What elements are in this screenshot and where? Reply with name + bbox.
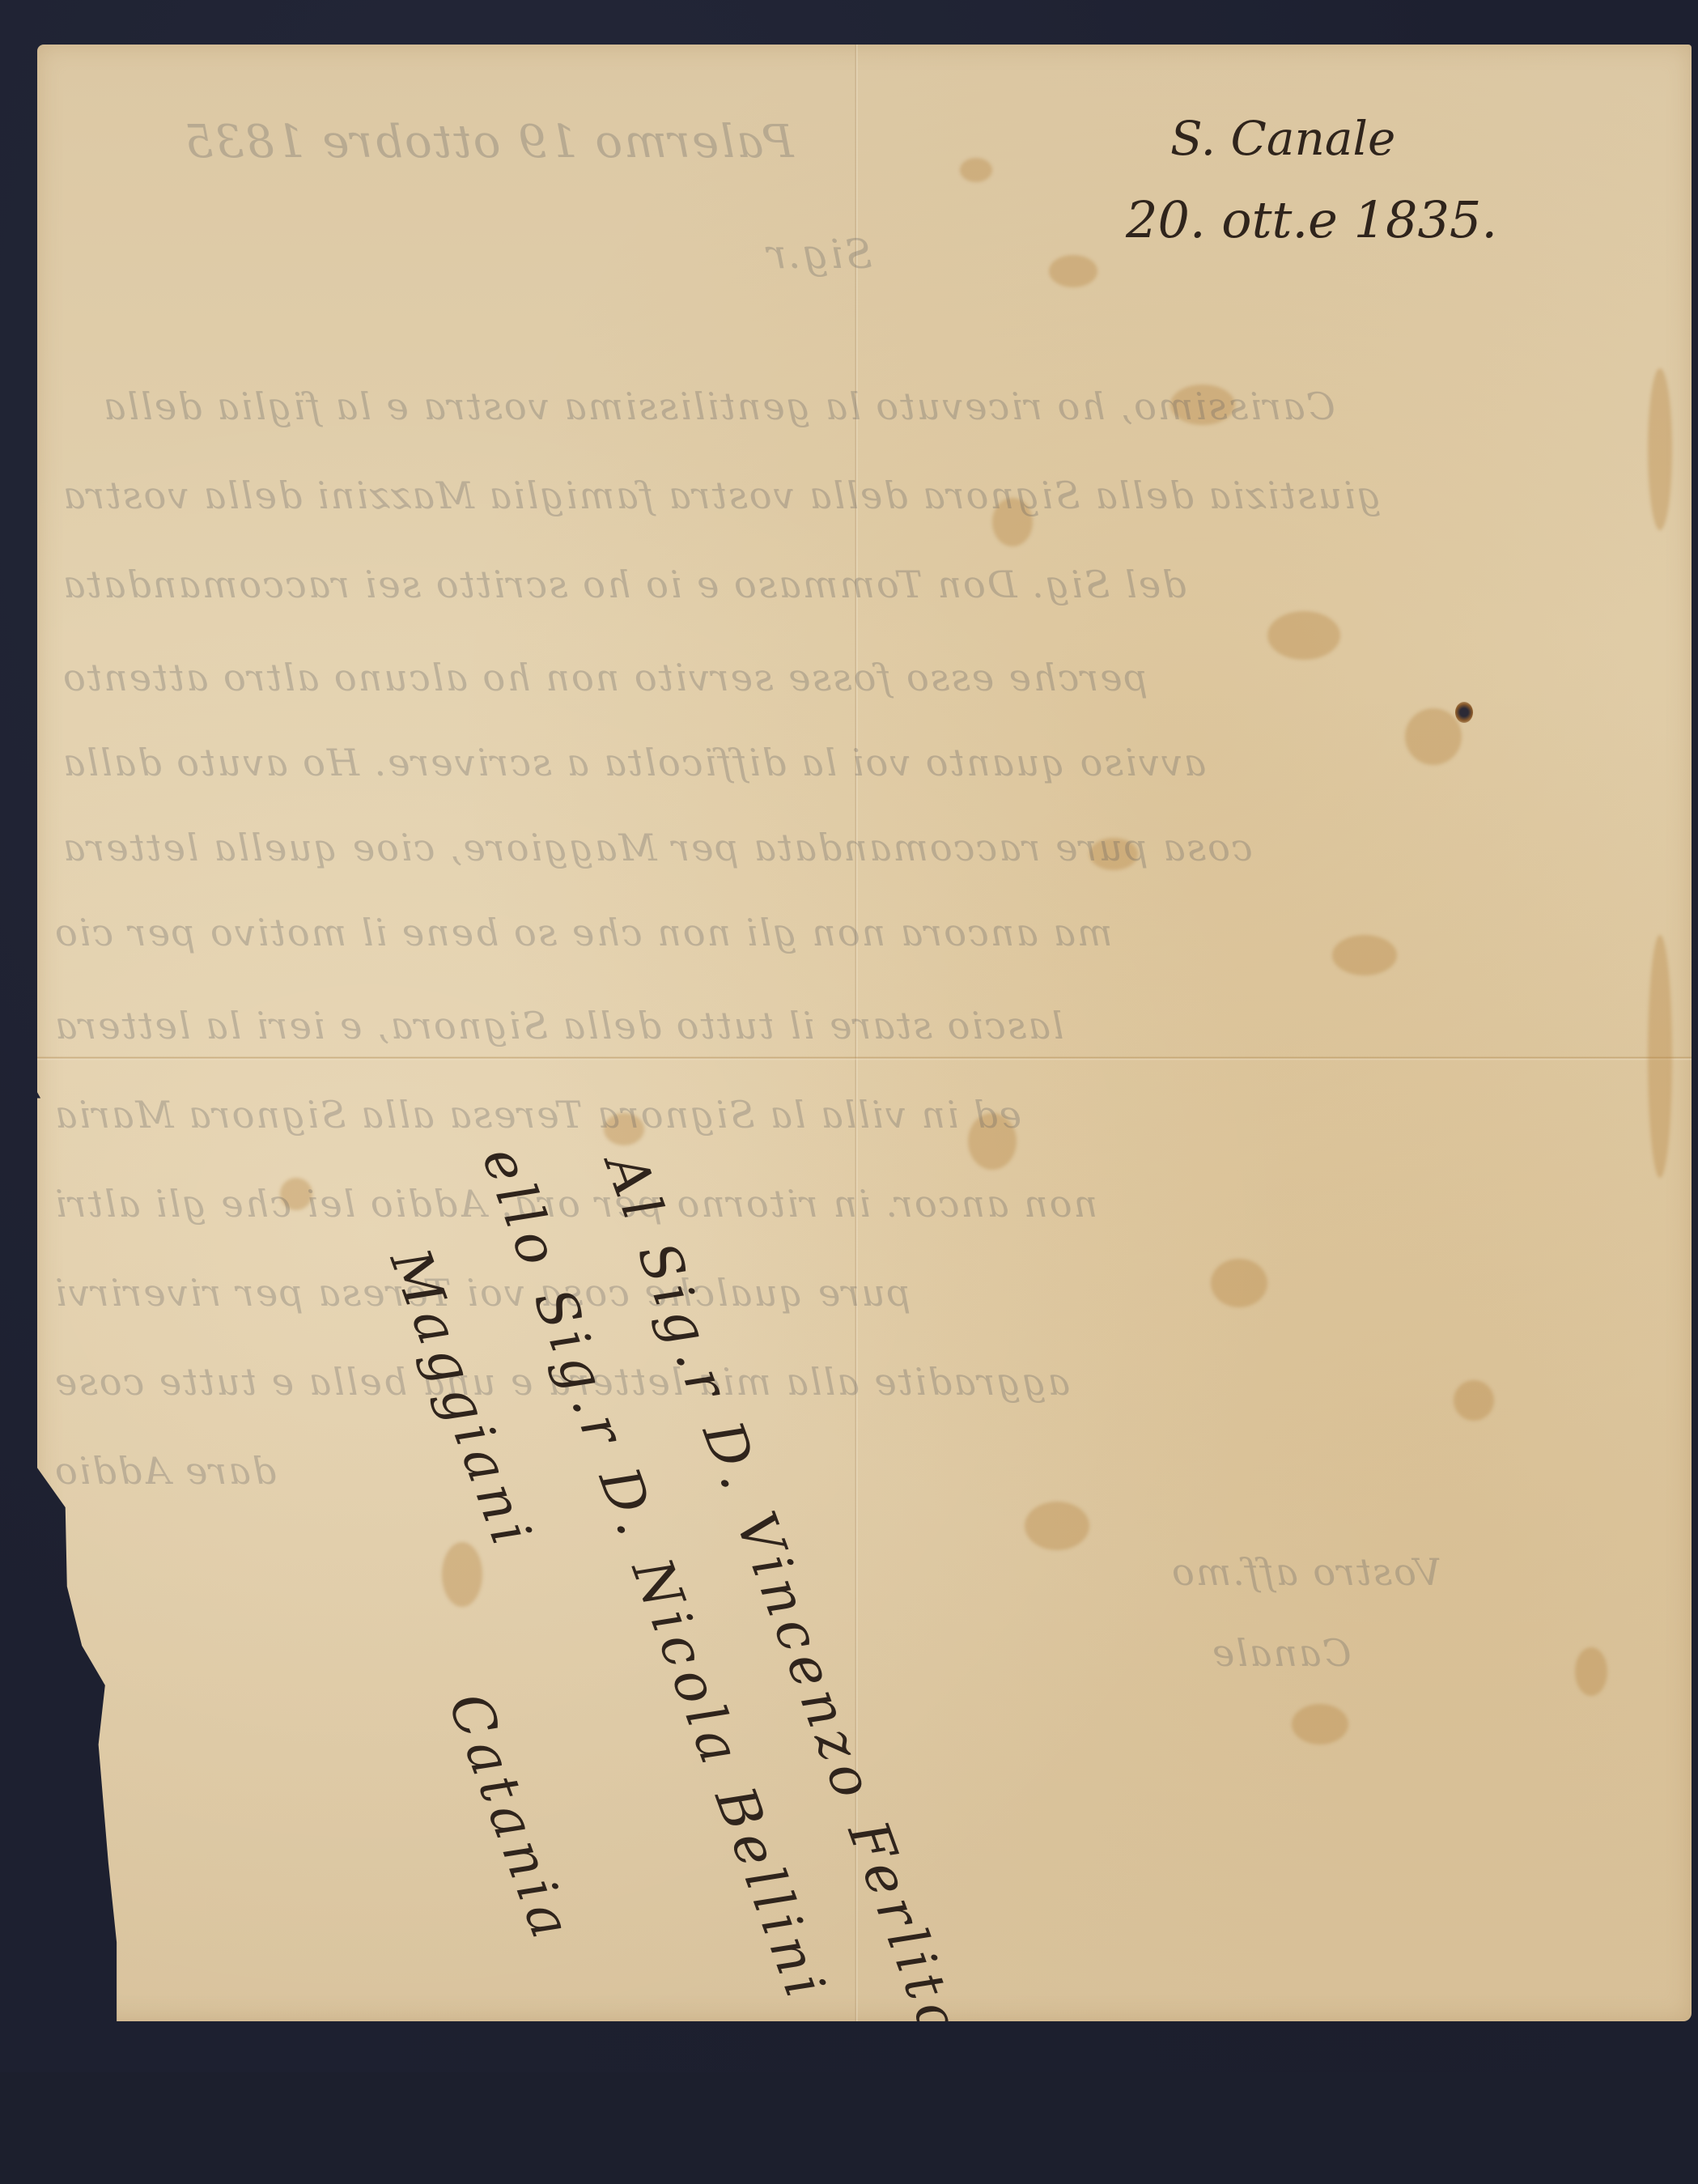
bleed-salutation: Sig.r (766, 231, 872, 278)
bleed-line: dare Addio (53, 1449, 276, 1493)
docket-date: 20. ott.e 1835. (1126, 190, 1497, 249)
bleed-line: ma ancora non gli non che so bene il mot… (53, 911, 1112, 954)
bleed-line: del Sig. Don Tommaso e io ho scritto sei… (62, 563, 1186, 606)
horizontal-fold-line (37, 1056, 1692, 1060)
bleed-line: perche esso fosse servito non ho alcuno … (62, 656, 1148, 699)
foxing-stain (1267, 611, 1340, 660)
foxing-stain (1292, 1704, 1348, 1744)
address-line-city: Catania (435, 1685, 585, 1952)
bleed-line: giustizia della Signora della vostra fam… (62, 474, 1381, 517)
edge-stain (1648, 935, 1672, 1178)
foxing-stain (1049, 255, 1097, 287)
letter-sheet: Palermo 19 ottobre 1835 Sig.r Carissimo,… (37, 45, 1692, 2021)
ink-blot (1455, 702, 1473, 723)
foxing-stain (1025, 1502, 1089, 1550)
foxing-stain (1405, 708, 1462, 765)
bleed-line: avviso quanto voi la difficolta a scrive… (62, 741, 1206, 784)
bleed-heading: Palermo 19 ottobre 1835 (183, 116, 794, 168)
docket-sender: S. Canale (1170, 111, 1395, 166)
foxing-stain (960, 158, 992, 182)
foxing-stain (1454, 1380, 1494, 1421)
bleed-line: cosa pure raccomandata per Maggiore, cio… (62, 826, 1253, 869)
foxing-stain (1332, 935, 1397, 975)
foxing-stain (1211, 1259, 1267, 1307)
bleed-line: Carissimo, ho ricevuto la gentilissima v… (102, 385, 1335, 428)
bleed-signature: Canale (1211, 1631, 1352, 1675)
bleed-line: ed in villa la Signora Teresa alla Signo… (53, 1093, 1021, 1137)
foxing-stain (1575, 1647, 1607, 1696)
bleed-line: lascio stare il tutto della Signora, e i… (53, 1004, 1064, 1047)
edge-stain (1648, 368, 1672, 530)
bleed-closing: Vostro aff.mo (1170, 1550, 1441, 1594)
